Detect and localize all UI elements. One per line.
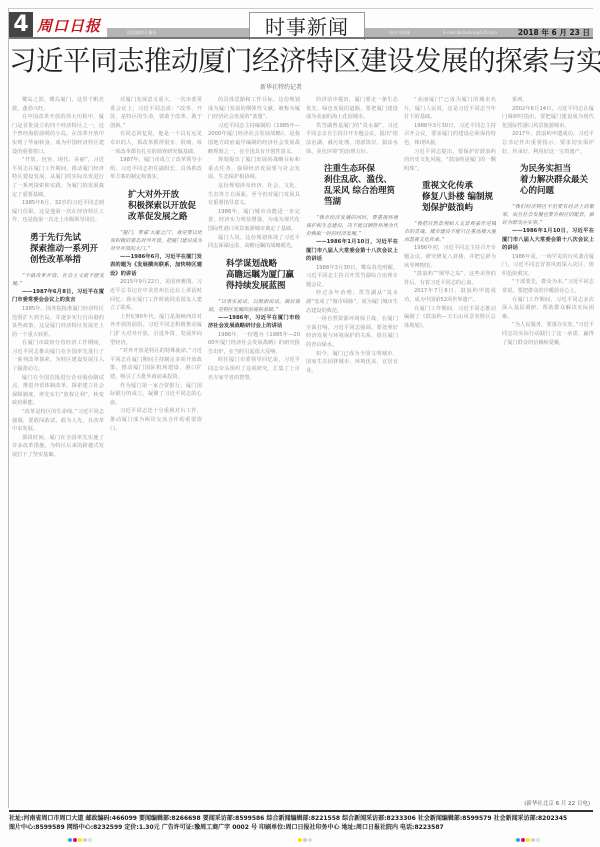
section-subheading: 扩大对外开放积极探索以开放促改革促发展之路 (110, 190, 202, 223)
section-subheading: 为民务实担当着力解决群众最关心的问题 (502, 164, 594, 197)
pull-quote: “我把自然景观和人文景观看作是城市的灵魂。城市建设不能只注重高楼大厦而忽视文化传… (404, 220, 496, 244)
subheading-line-2: 修复八卦楼 编制规划保护鼓浪屿 (404, 192, 496, 214)
subheading-line-2: 着力解决群众最关心的问题 (502, 175, 594, 197)
body-paragraph: 厦门人说，这份规划体现了习近平同志深谋远虑、高瞻远瞩的战略眼光。 (208, 234, 300, 251)
dateline-closing: (新华社北京 6 月 22 日电) (524, 799, 590, 807)
article-column-5: “美丽厦门”已成为厦门的城市名片。厦门人民说，这是习近平同志当年打下的基础。19… (404, 96, 496, 806)
body-paragraph: 1985年，国务院批准厦门经济特区范围扩大到全岛，并逐步实行自由港的某些政策。这… (12, 305, 104, 339)
print-registration-marks (68, 838, 92, 844)
left-margin-rule (8, 8, 9, 808)
body-paragraph: 1988年，厦门城市功能进一步完善，经济实力明显增强，为成为现代化国际性港口风景… (208, 208, 300, 234)
quote-attribution: ——1986年，习近平在厦门市经济社会发展战略研讨会上的讲话 (208, 314, 300, 331)
body-paragraph: 1985年6月，32岁的习近平同志到厦门任职。这是他第一次在经济特区工作，也是他… (12, 199, 104, 225)
body-paragraph: 筼筜湖曾是厦门的“臭水湖”，习近平同志亲自主持召开专题会议，提出“依法治湖、截污… (306, 122, 398, 156)
body-paragraph: 1986年初，习近平同志主持召开专题会议，研究修复八卦楼，并把它辟为风琴博物馆。 (404, 244, 496, 270)
body-paragraph: 这份规划涉及经济、社会、文化、生态等方方面面，至今仍对厦门发展具有重要指导意义。 (208, 182, 300, 208)
pull-quote: “以事实说话，以数据说话。做好规划，是特区发展的前提和基础。” (208, 298, 300, 314)
article-column-4: 的讲话中提出，厦门要走一条生态优先、绿色发展的道路，要把厦门建设成为美丽的海上花… (306, 96, 398, 806)
body-paragraph: 规划提出了厦门发展的战略目标和重点任务，强调经济发展要与社会发展、生态保护相协调… (208, 156, 300, 182)
body-paragraph: “开放、包容、现代、美丽”，习近平同志在厦门工作期间，推动厦门经济特区建设发展，… (12, 156, 104, 199)
body-paragraph: 1986年，一份题为《1985年—2000年厦门经济社会发展战略》的研究报告出炉… (208, 331, 300, 357)
body-paragraph: 对厦门发展意义重大。一次市委常委会议上，习近平同志说：“改革、开放，是特区的生命… (110, 96, 202, 130)
article-column-1: 鹭岛之滨，鹭岛厦门，这里千帆竞渡，蓬勃兴旺。在中国改革开放的伟大历程中，厦门是首… (12, 96, 104, 806)
pull-quote: “我们经济特区不但要有经济上的繁荣，而且社会发展也要有相应的配套，做好为群众办实… (502, 203, 594, 227)
article-column-3: 的具体思路和工作目标。这份规划成为厦门发展的纲领性文献，被称为厦门经济社会发展的… (208, 96, 300, 806)
body-paragraph: 在厦门工作期间，习近平同志多次深入基层调研，帮助群众解决实际困难。 (502, 296, 594, 322)
body-paragraph: “干部要先，群众为本。”习近平同志常说，要把群众的冷暖放在心上。 (502, 278, 594, 295)
section-subheading: 勇于先行先试探索推动一系列开创性改革举措 (12, 233, 104, 266)
body-paragraph: 1986年夏，一场罕见的台风袭击厦门，习近平同志冒着风雨深入灾区，组织抢险救灾。 (502, 253, 594, 279)
body-paragraph: 在厦门工作期间，习近平同志推动编制了《鼓浪屿—万石山风景名胜区总体规划》。 (404, 305, 496, 331)
body-paragraph: 系列。 (502, 96, 594, 105)
body-paragraph: “鼓浪屿”“钢琴之岛”，这些美誉的背后，有着习近平同志的心血。 (404, 270, 496, 287)
body-paragraph: 习近平同志还十分重视对台工作，推动厦门成为两岸交流合作的重要窗口。 (110, 407, 202, 433)
body-paragraph: 一场自然资源环境保卫战，在厦门全面打响。习近平同志强调，要处理好经济发展与环境保… (306, 315, 398, 349)
quote-attribution: ——1986年6月，习近平在厦门发表的题为《发展横向联系，加快特区建设》的讲话 (110, 253, 202, 279)
header-divider (9, 37, 593, 39)
article-headline: 习近平同志推动厦门经济特区建设发展的探索与实践 (9, 44, 599, 78)
print-registration-marks (516, 838, 540, 844)
footer-pricing-line: 图片中心:8599589 网络中心:8232599 定价:1.30元 广告许可证… (9, 823, 593, 832)
article-column-6: 系列。2002年6月14日，习近平同志在厦门调研时指出，要把厦门建设成为现代化国… (502, 96, 594, 806)
body-paragraph: 鹭岛之滨，鹭岛厦门，这里千帆竞渡，蓬勃兴旺。 (12, 96, 104, 113)
article-column-2: 对厦门发展意义重大。一次市委常委会议上，习近平同志说：“改革、开放，是特区的生命… (110, 96, 202, 806)
subheading-line-1: 为民务实担当 (502, 164, 594, 175)
body-paragraph: 如今，厦门已成为全国文明城市、国家生态园林城市，环境优美、宜居宜业。 (306, 350, 398, 376)
section-title: 时事新闻 (249, 12, 365, 40)
body-paragraph: 作为厦门第一家合资银行，厦门国际银行的成立，凝聚了习近平同志的心血。 (110, 382, 202, 408)
body-paragraph: 1988年3月30日，鹭岛春光明媚。习近平同志主持召开筼筜湖综合治理专题会议。 (306, 264, 398, 290)
section-subheading: 重视文化传承修复八卦楼 编制规划保护鼓浪屿 (404, 181, 496, 214)
subheading-line-1: 勇于先行先试 (12, 233, 104, 244)
quote-attribution: ——1986年1月10日，习近平在厦门市八届人大常委会第十八次会议上的讲话 (502, 227, 594, 253)
body-paragraph: “改革是特区的生命线。”习近平同志强调，要敢闯敢试、敢为人先，在改革中求发展。 (12, 408, 104, 434)
subheading-line-2: 探索推动一系列开创性改革举措 (12, 244, 104, 266)
pull-quote: “厦门，要看‘大厦之门’，就是要以更加积极的姿态对外开放，把厦门建设成为对外开放… (110, 229, 202, 253)
subheading-line-1: 重视文化传承 (404, 181, 496, 192)
body-paragraph: 上世纪80年代，厦门是海峡西岸对外开放的前沿。习近平同志积极推动厦门扩大对外开放… (110, 313, 202, 347)
body-paragraph: 在厦门市政府分管经济工作期间，习近平同志推动厦门在全国率先进行了一系列改革探索，… (12, 339, 104, 373)
body-paragraph: 2017年7月8日，鼓浪屿申遗成功，成为中国第52项世界遗产。 (404, 287, 496, 304)
subheading-line-1: 科学谋划战略 (208, 259, 300, 270)
body-paragraph: 的讲话中提出，厦门要走一条生态优先、绿色发展的道路，要把厦门建设成为美丽的海上花… (306, 96, 398, 122)
quote-attribution: ——1987年6月8日，习近平在厦门市委常委会会议上的发言 (12, 288, 104, 305)
publication-footer: 社址:河南省周口市周口大道 邮政编码:466099 要闻编辑部:8266698 … (9, 814, 593, 832)
body-paragraph: “对外开放是特区的特殊使命。”习近平同志在厦门期间主持制定多项开放政策，推动厦门… (110, 347, 202, 381)
subheading-line-2: 刹住乱砍、滥伐、乱采风 综合治理筼筜湖 (306, 175, 398, 208)
footer-contact-line: 社址:河南省周口市周口大道 邮政编码:466099 要闻编辑部:8266698 … (9, 814, 593, 823)
body-paragraph: 2002年6月14日，习近平同志在厦门调研时指出，要把厦门建设成为现代化国际性港… (502, 105, 594, 131)
body-paragraph: 的具体思路和工作目标。这份规划成为厦门发展的纲领性文献，被称为厦门经济社会发展的… (208, 96, 300, 122)
pull-quote: “不搞改革开放，社会主义就不能发展。” (12, 272, 104, 288)
body-paragraph: 2015年9月22日，美国西雅图。习近平总书记在中美省州长论坛上讲话时回忆：我在… (110, 278, 202, 312)
footer-divider (9, 810, 593, 812)
subheading-line-2: 积极探索以开放促改革促发展之路 (110, 201, 202, 223)
print-registration-marks (298, 838, 312, 844)
subheading-line-2: 高瞻远瞩为厦门赢得持续发展蓝图 (208, 270, 300, 292)
body-paragraph: 经过多年治理，筼筜湖从“臭水湖”变成了“城市绿肺”，成为厦门城市生态建设的典范。 (306, 289, 398, 315)
body-paragraph: 在中国改革开放的伟大历程中，厦门是首批设立的四个经济特区之一。这个曾经海防前哨的… (12, 113, 104, 156)
subheading-line-1: 注重生态环保 (306, 164, 398, 175)
page-number: 4 (9, 12, 33, 38)
body-paragraph: 时任厦门市委领导回忆说，习近平同志牵头组织了这项研究，汇集了上百名专家学者的智慧… (208, 356, 300, 382)
body-paragraph: 2017年，鼓浪屿申遗成功，习近平总书记作出重要指示，要求切实保护好、传承好、利… (502, 130, 594, 156)
article-byline: 新华社特约记者 (260, 82, 302, 91)
body-paragraph: 1987年，厦门市成立了改革领导小组，习近平同志担任副组长，具体抓改革方案的制定… (110, 156, 202, 182)
body-paragraph: 习近平同志主持编制的《1985年—2000年厦门经济社会发展战略》，是我国地方政… (208, 122, 300, 156)
subheading-line-1: 扩大对外开放 (110, 190, 202, 201)
body-paragraph: 厦门在全国首批进行企业股份制试点，推进外贸体制改革，探索建立社会保障制度，率先实… (12, 374, 104, 408)
section-subheading: 科学谋划战略高瞻远瞩为厦门赢得持续发展蓝图 (208, 259, 300, 292)
body-paragraph: “为人民服务，要落在实处。”习近平同志以实际行动践行了这一承诺，赢得了厦门群众的… (502, 321, 594, 347)
newspaper-logo: 周口日报 (37, 15, 101, 36)
pull-quote: “我市经济发展的同时，要重视环境保护和生态建设，决不能以牺牲环境为代价换取一时的… (306, 214, 398, 238)
newspaper-page: 4 周口日报 组版编辑:孔馨苑 时事新闻 校对:刘晓丽 E-mail:zkrbs… (0, 0, 600, 847)
section-subheading: 注重生态环保刹住乱砍、滥伐、乱采风 综合治理筼筜湖 (306, 164, 398, 208)
masthead: 4 周口日报 组版编辑:孔馨苑 时事新闻 校对:刘晓丽 E-mail:zkrbs… (9, 8, 593, 38)
body-paragraph: 1988年3月30日，习近平同志主持召开会议，要求厦门的建设必须保持特色，体现风… (404, 122, 496, 148)
body-paragraph: 习近平同志提出，要保护好鼓浪屿的历史文化风貌，“鼓浪屿是厦门的一颗明珠”。 (404, 148, 496, 174)
body-paragraph: 那段时间，厦门在全国率先实施了许多改革措施，为特区后来的跨越式发展打下了坚实基础… (12, 434, 104, 460)
body-paragraph: “美丽厦门”已成为厦门的城市名片。厦门人民说，这是习近平同志当年打下的基础。 (404, 96, 496, 122)
body-paragraph: 有同志回忆说，他是一个具有远见卓识的人，抓改革抓得很实、很细，每一项改革都有扎实… (110, 130, 202, 156)
quote-attribution: ——1986年1月10日，习近平在厦门市八届人大常委会第十八次会议上的讲话 (306, 238, 398, 264)
